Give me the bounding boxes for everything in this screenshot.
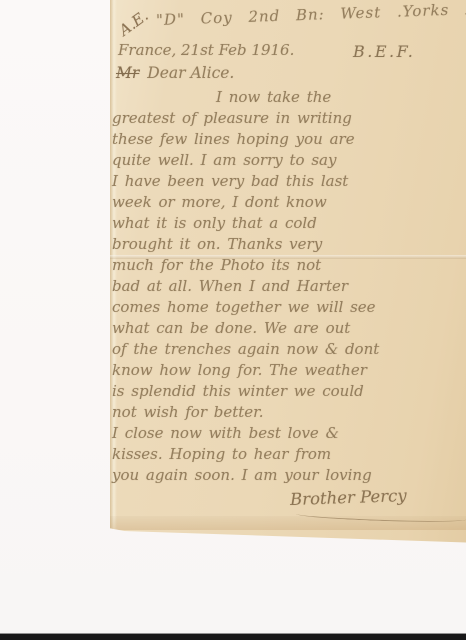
letter-paper: A.E. "D" Coy 2nd Bn: West .Yorks Regt Fr… xyxy=(110,0,466,548)
letter-body: I now take the greatest of pleasure in w… xyxy=(112,87,466,486)
letter-line: I now take the xyxy=(112,87,466,108)
letter-line: brought it on. Thanks very xyxy=(112,234,466,255)
scanner-background: A.E. "D" Coy 2nd Bn: West .Yorks Regt Fr… xyxy=(0,0,466,640)
letter-line: week or more, I dont know xyxy=(112,192,466,213)
dateline: France, 21st Feb 1916. xyxy=(118,41,294,59)
scan-edge-bar xyxy=(0,634,466,640)
letter-line: these few lines hoping you are xyxy=(112,129,466,150)
letter-line: what can be done. We are out xyxy=(112,318,466,339)
salutation-row: MrDear Alice. xyxy=(116,64,234,82)
struck-out-word: Mr xyxy=(116,64,139,82)
letter-line: bad at all. When I and Harter xyxy=(112,276,466,297)
salutation: Dear Alice. xyxy=(147,64,234,82)
letter-line: comes home together we will see xyxy=(112,297,466,318)
letter-line: know how long for. The weather xyxy=(112,360,466,381)
letter-line: I close now with best love & xyxy=(112,423,466,444)
letter-line: kisses. Hoping to hear from xyxy=(112,444,466,465)
letter-line: greatest of pleasure in writing xyxy=(112,108,466,129)
letter-line: is splendid this winter we could xyxy=(112,381,466,402)
letter-line: of the trenches again now & dont xyxy=(112,339,466,360)
signature: Brother Percy xyxy=(290,486,407,509)
letter-line: quite well. I am sorry to say xyxy=(112,150,466,171)
bef-label: B.E.F. xyxy=(353,42,415,61)
letter-line: much for the Photo its not xyxy=(112,255,466,276)
letter-line: not wish for better. xyxy=(112,402,466,423)
letter-line: you again soon. I am your loving xyxy=(112,465,466,486)
letter-line: what it is only that a cold xyxy=(112,213,466,234)
initials-scribble: A.E. xyxy=(116,7,152,40)
regiment-line: "D" Coy 2nd Bn: West .Yorks Regt xyxy=(156,0,466,29)
letter-line: I have been very bad this last xyxy=(112,171,466,192)
